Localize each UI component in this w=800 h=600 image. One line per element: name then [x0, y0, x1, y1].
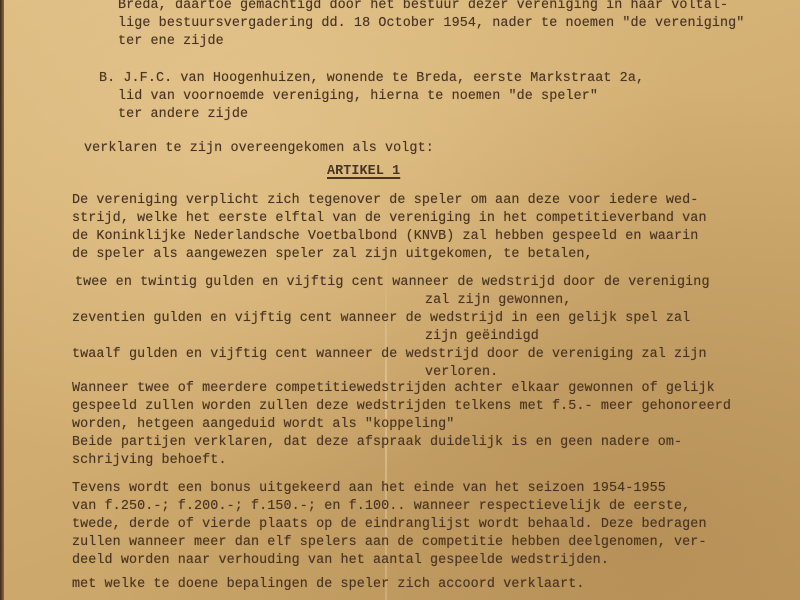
coupling-line: worden, hetgeen aangeduid wordt als "kop…: [72, 417, 454, 433]
typewritten-contract: Breda, daartoe gemachtigd door het bestu…: [0, 0, 800, 600]
payment-draw-cont: zijn geëindigd: [425, 329, 539, 345]
bonus-line: Tevens wordt een bonus uitgekeerd aan he…: [72, 481, 666, 497]
coupling-line: schrijving behoeft.: [72, 453, 227, 469]
article-line: de Koninklijke Nederlandsche Voetbalbond…: [72, 229, 698, 245]
party1-line: ter ene zijde: [118, 34, 224, 50]
closing-line: met welke te doene bepalingen de speler …: [72, 577, 585, 593]
bonus-line: van f.250.-; f.200.-; f.150.-; en f.100.…: [72, 499, 690, 515]
article-line: de speler als aangewezen speler zal zijn…: [72, 247, 593, 263]
payment-loss-cont: verloren.: [425, 365, 498, 381]
article-heading: ARTIKEL 1: [327, 164, 400, 179]
bonus-line: zullen wanneer meer dan elf spelers aan …: [72, 535, 707, 551]
party2-line: lid van voornoemde vereniging, hierna te…: [118, 89, 598, 105]
article-line: De vereniging verplicht zich tegenover d…: [72, 193, 698, 209]
bonus-line: twede, derde of vierde plaats op de eind…: [72, 517, 707, 533]
article-line: strijd, welke het eerste elftal van de v…: [72, 211, 707, 227]
payment-win: twee en twintig gulden en vijftig cent w…: [75, 275, 710, 291]
payment-loss: twaalf gulden en vijftig cent wanneer de…: [72, 347, 707, 363]
coupling-line: Wanneer twee of meerdere competitiewedst…: [72, 381, 715, 397]
agreement-intro: verklaren te zijn overeengekomen als vol…: [84, 141, 434, 157]
party2-line: ter andere zijde: [118, 107, 248, 123]
party2-line: B. J.F.C. van Hoogenhuizen, wonende te B…: [99, 71, 644, 87]
coupling-line: Beide partijen verklaren, dat deze afspr…: [72, 435, 682, 451]
bonus-line: deeld worden naar verhouding van het aan…: [72, 553, 609, 569]
payment-win-cont: zal zijn gewonnen,: [425, 293, 571, 309]
party1-line: lige bestuursvergadering dd. 18 October …: [118, 16, 744, 32]
payment-draw: zeventien gulden en vijftig cent wanneer…: [72, 311, 690, 327]
party1-line: Breda, daartoe gemachtigd door het bestu…: [118, 0, 728, 14]
coupling-line: gespeeld zullen worden zullen deze wedst…: [72, 399, 731, 415]
